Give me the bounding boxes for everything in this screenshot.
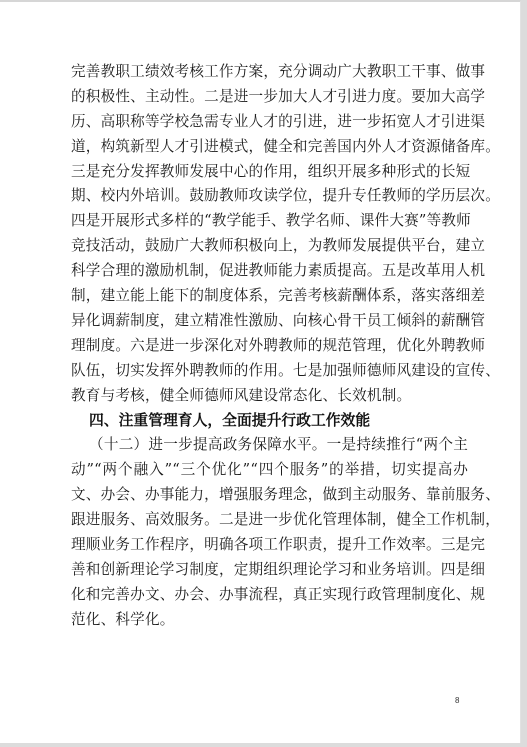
paragraph-line: 完善教职工绩效考核工作方案，充分调动广大教职工干事、做事 [71,60,468,85]
page-number: 8 [455,696,459,705]
paragraph-line: 竞技活动，鼓励广大教师积极向上，为教师发展提供平台，建立 [71,234,468,259]
paragraph-line: 四是开展形式多样的“教学能手、教学名师、课件大赛”等教师 [71,209,468,234]
paragraph-line: （十二）进一步提高政务保障水平。一是持续推行“两个主 [71,433,468,458]
paragraph-line: 理顺业务工作程序，明确各项工作职责，提升工作效率。三是完 [71,533,468,558]
paragraph-line: 化和完善办文、办会、办事流程，真正实现行政管理制度化、规 [71,583,468,608]
paragraph-line: 道，构筑新型人才引进模式，健全和完善国内外人才资源储备库。 [71,135,468,160]
paragraph-line: 范化、科学化。 [71,608,468,633]
page-shadow-bottom [0,743,527,747]
paragraph-line: 的积极性、主动性。二是进一步加大人才引进力度。要加大高学 [71,85,468,110]
paragraph-line: 文、办会、办事能力，增强服务理念，做到主动服务、靠前服务、 [71,483,468,508]
document-page: 完善教职工绩效考核工作方案，充分调动广大教职工干事、做事 的积极性、主动性。二是… [0,0,521,743]
paragraph-line: 理制度。六是进一步深化对外聘教师的规范管理，优化外聘教师 [71,334,468,359]
paragraph-line: 异化调薪制度，建立精准性激励、向核心骨干员工倾斜的薪酬管 [71,309,468,334]
paragraph-line: 队伍，切实发挥外聘教师的作用。七是加强师德师风建设的宣传、 [71,359,468,384]
paragraph-line: 动”“两个融入”“三个优化”“四个服务”的举措，切实提高办 [71,458,468,483]
paragraph-line: 跟进服务、高效服务。二是进一步优化管理体制，健全工作机制， [71,508,468,533]
section-heading: 四、注重管理育人，全面提升行政工作效能 [71,408,468,433]
document-body: 完善教职工绩效考核工作方案，充分调动广大教职工干事、做事 的积极性、主动性。二是… [71,60,468,633]
paragraph-line: 制，建立能上能下的制度体系，完善考核薪酬体系，落实落细差 [71,284,468,309]
paragraph-line: 教育与考核，健全师德师风建设常态化、长效机制。 [71,384,468,409]
page-shadow-right [521,0,527,747]
paragraph-line: 期、校内外培训。鼓励教师攻读学位，提升专任教师的学历层次。 [71,184,468,209]
paragraph-line: 历、高职称等学校急需专业人才的引进，进一步拓宽人才引进渠 [71,110,468,135]
paragraph-line: 善和创新理论学习制度，定期组织理论学习和业务培训。四是细 [71,558,468,583]
paragraph-line: 科学合理的激励机制，促进教师能力素质提高。五是改革用人机 [71,259,468,284]
paragraph-line: 三是充分发挥教师发展中心的作用，组织开展多种形式的长短 [71,160,468,185]
